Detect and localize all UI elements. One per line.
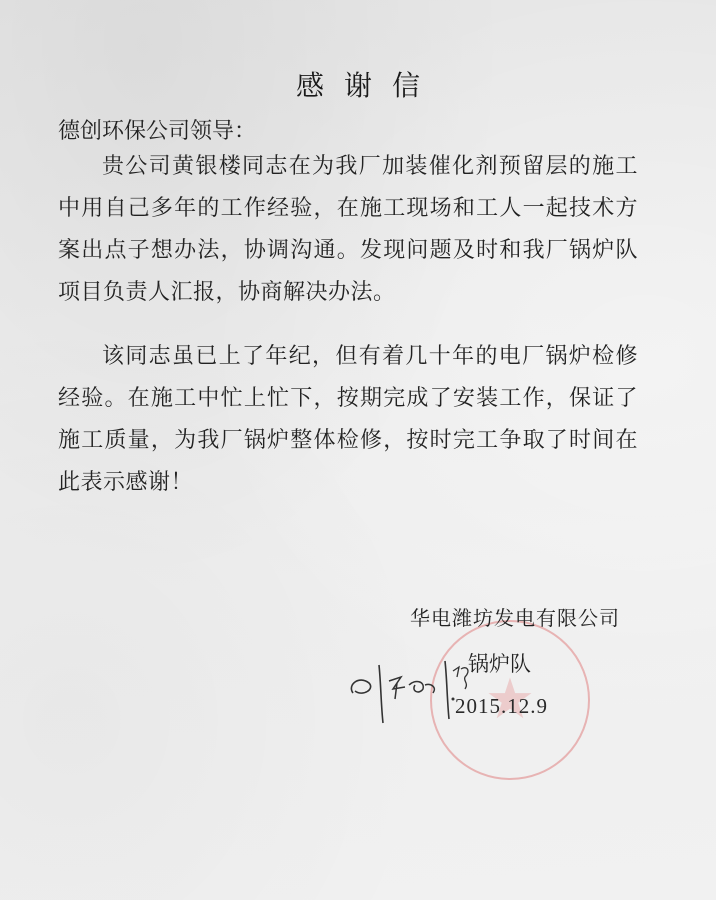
signoff-department: 锅炉队 — [468, 648, 531, 678]
signoff-date: 2015.12.9 — [455, 694, 548, 719]
signoff-company: 华电潍坊发电有限公司 — [410, 602, 620, 631]
body-paragraph-1: 贵公司黄银楼同志在为我厂加装催化剂预留层的施工中用自己多年的工作经验，在施工现场… — [58, 146, 638, 314]
salutation: 德创环保公司领导： — [58, 114, 256, 145]
body-paragraph-2: 该同志虽已上了年纪，但有着几十年的电厂锅炉检修经验。在施工中忙上忙下，按期完成了… — [58, 336, 638, 504]
letter-title: 感谢信 — [0, 64, 716, 104]
